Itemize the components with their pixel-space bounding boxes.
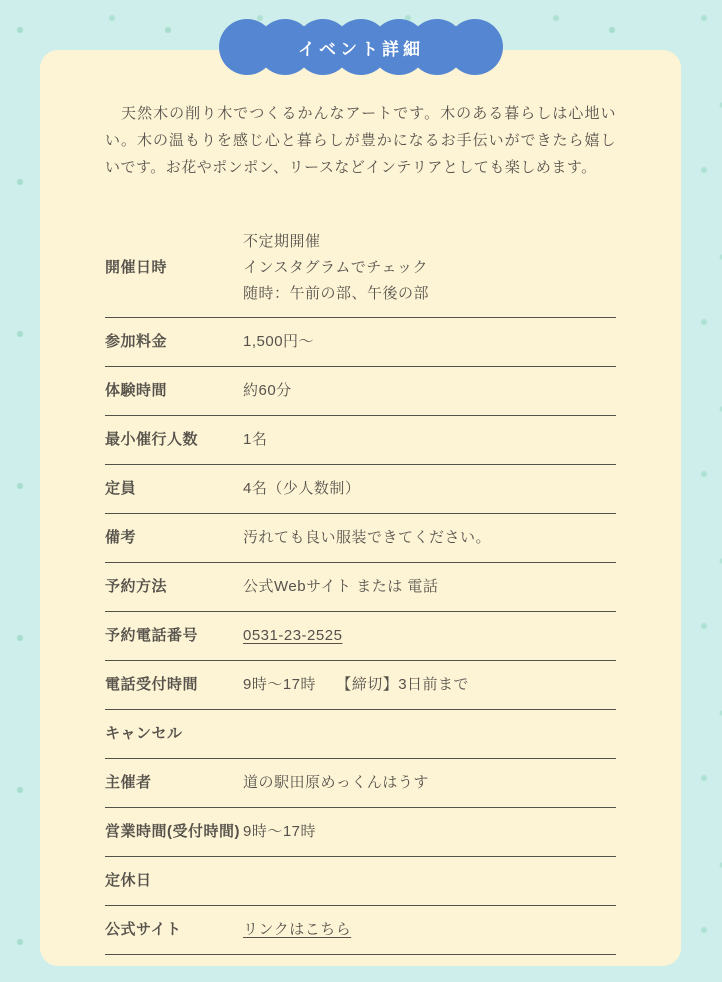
- event-description: 天然木の削り木でつくるかんなアートです。木のある暮らしは心地いい。木の温もりを感…: [105, 100, 616, 181]
- table-row-official-site: 公式サイト リンクはこちら: [105, 906, 616, 955]
- row-label: 営業時間(受付時間): [105, 819, 243, 845]
- row-value: 9時〜17時: [243, 819, 616, 845]
- table-row-capacity: 定員 4名（少人数制）: [105, 465, 616, 514]
- row-label: 公式サイト: [105, 917, 243, 943]
- table-row-min-participants: 最小催行人数 1名: [105, 416, 616, 465]
- official-site-link[interactable]: リンクはこちら: [243, 921, 351, 938]
- table-row-closed-days: 定休日: [105, 857, 616, 906]
- row-value: 9時〜17時 【締切】3日前まで: [243, 672, 616, 698]
- row-label: 定休日: [105, 868, 243, 894]
- page: イベント詳細 天然木の削り木でつくるかんなアートです。木のある暮らしは心地いい。…: [0, 0, 722, 982]
- row-label: 主催者: [105, 770, 243, 796]
- event-detail-table: 開催日時 不定期開催 インスタグラムでチェック 随時：午前の部、午後の部 参加料…: [105, 219, 616, 955]
- row-value: 4名（少人数制）: [243, 476, 616, 502]
- table-row-event-date: 開催日時 不定期開催 インスタグラムでチェック 随時：午前の部、午後の部: [105, 219, 616, 318]
- table-row-reservation-phone: 予約電話番号 0531-23-2525: [105, 612, 616, 661]
- event-detail-card: 天然木の削り木でつくるかんなアートです。木のある暮らしは心地いい。木の温もりを感…: [40, 50, 681, 966]
- row-value: 不定期開催 インスタグラムでチェック 随時：午前の部、午後の部: [243, 229, 616, 307]
- row-label: 参加料金: [105, 329, 243, 355]
- row-label: 予約電話番号: [105, 623, 243, 649]
- table-row-notes: 備考 汚れても良い服装できてください。: [105, 514, 616, 563]
- event-detail-badge: イベント詳細: [219, 19, 503, 75]
- row-value: 約60分: [243, 378, 616, 404]
- row-label: 電話受付時間: [105, 672, 243, 698]
- row-value: 汚れても良い服装できてください。: [243, 525, 616, 551]
- row-value: 1,500円〜: [243, 329, 616, 355]
- table-row-organizer: 主催者 道の駅田原めっくんはうす: [105, 759, 616, 808]
- row-value: 公式Webサイト または 電話: [243, 574, 616, 600]
- table-row-fee: 参加料金 1,500円〜: [105, 318, 616, 367]
- table-row-duration: 体験時間 約60分: [105, 367, 616, 416]
- row-value: 0531-23-2525: [243, 623, 616, 649]
- table-row-phone-hours: 電話受付時間 9時〜17時 【締切】3日前まで: [105, 661, 616, 710]
- row-label: 備考: [105, 525, 243, 551]
- row-value: 道の駅田原めっくんはうす: [243, 770, 616, 796]
- row-label: 定員: [105, 476, 243, 502]
- row-label: 開催日時: [105, 255, 243, 281]
- badge-title: イベント詳細: [219, 19, 503, 75]
- table-row-reservation-method: 予約方法 公式Webサイト または 電話: [105, 563, 616, 612]
- row-label: 予約方法: [105, 574, 243, 600]
- row-label: 最小催行人数: [105, 427, 243, 453]
- row-value: 1名: [243, 427, 616, 453]
- row-label: 体験時間: [105, 378, 243, 404]
- row-label: キャンセル: [105, 721, 243, 747]
- table-row-cancel: キャンセル: [105, 710, 616, 759]
- table-row-business-hours: 営業時間(受付時間) 9時〜17時: [105, 808, 616, 857]
- row-value: リンクはこちら: [243, 917, 616, 943]
- phone-number-link[interactable]: 0531-23-2525: [243, 627, 342, 644]
